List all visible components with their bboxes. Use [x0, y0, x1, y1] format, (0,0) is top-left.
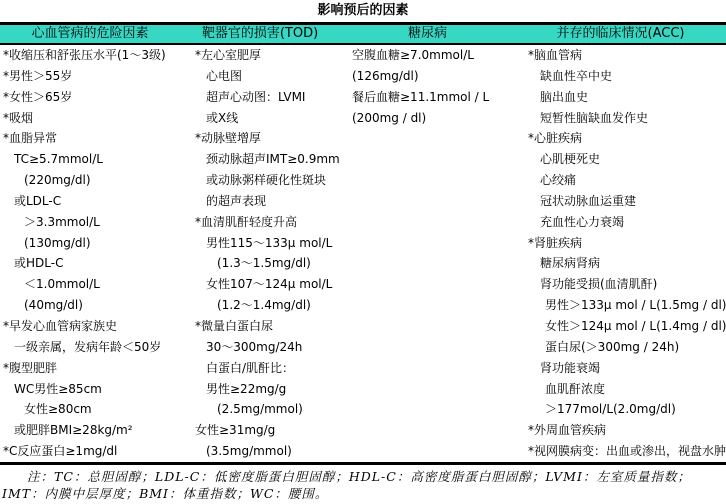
column-target-organ-damage: *左心室肥厚心电图超声心动图：LVMI或X线*动脉壁增厚颈动脉超声IMT≥0.9… — [180, 45, 340, 462]
table-cell: (1.3～1.5mg/dl) — [180, 253, 340, 274]
table-cell: 心绞痛 — [515, 170, 726, 191]
table-cell: *收缩压和舒张压水平(1～3级) — [0, 45, 180, 66]
table-cell: 肾功能衰竭 — [515, 358, 726, 379]
table-cell: *脑血管病 — [515, 45, 726, 66]
table-cell: 蛋白尿(＞300mg / 24h) — [515, 337, 726, 358]
table-cell: ＞177mol/L(2.0mg/dl) — [515, 399, 726, 420]
table-cell: 白蛋白/肌酐比： — [180, 358, 340, 379]
table-cell: ＜1.0mmol/L — [0, 274, 180, 295]
table-header-row: 心血管病的危险因素 靶器官的损害(TOD) 糖尿病 并存的临床情况(ACC) — [0, 22, 726, 45]
table-cell: 女性107～124μ mol/L — [180, 274, 340, 295]
table-cell: *视网膜病变：出血或渗出，视盘水肿 — [515, 441, 726, 462]
table-cell: *外周血管疾病 — [515, 420, 726, 441]
table-cell: 女性≥80cm — [0, 399, 180, 420]
table-cell: *C反应蛋白≥1mg/dl — [0, 441, 180, 462]
table-cell: *微量白蛋白尿 — [180, 316, 340, 337]
table-cell: 一级亲属，发病年龄＜50岁 — [0, 337, 180, 358]
table-cell: *吸烟 — [0, 108, 180, 129]
table-cell: 心电图 — [180, 66, 340, 87]
header-cardiovascular-risk-factors: 心血管病的危险因素 — [0, 25, 180, 43]
table-cell: 餐后血糖≥11.1mmol / L — [340, 87, 515, 108]
table-cell: *左心室肥厚 — [180, 45, 340, 66]
table-cell: 脑出血史 — [515, 87, 726, 108]
table-cell: *血清肌酐轻度升高 — [180, 212, 340, 233]
table-cell: *女性＞65岁 — [0, 87, 180, 108]
table-cell: *男性＞55岁 — [0, 66, 180, 87]
table-cell: 缺血性卒中史 — [515, 66, 726, 87]
table-cell: 男性＞133μ mol / L(1.5mg / dl) — [515, 295, 726, 316]
column-associated-clinical-conditions: *脑血管病缺血性卒中史脑出血史短暂性脑缺血发作史*心脏疾病心肌梗死史心绞痛冠状动… — [515, 45, 726, 462]
table-cell: *心脏疾病 — [515, 128, 726, 149]
table-cell: 糖尿病肾病 — [515, 253, 726, 274]
table-cell: (200mg / dl) — [340, 108, 515, 129]
table-cell: 短暂性脑缺血发作史 — [515, 108, 726, 129]
table-cell: *血脂异常 — [0, 128, 180, 149]
header-diabetes: 糖尿病 — [340, 25, 515, 43]
table-cell: (126mg/dl) — [340, 66, 515, 87]
table-cell: *肾脏疾病 — [515, 233, 726, 254]
table-cell: 或动脉粥样硬化性斑块 — [180, 170, 340, 191]
table-cell: (130mg/dl) — [0, 233, 180, 254]
column-diabetes: 空腹血糖≥7.0mmol/L(126mg/dl)餐后血糖≥11.1mmol / … — [340, 45, 515, 462]
column-cardiovascular-risk-factors: *收缩压和舒张压水平(1～3级)*男性＞55岁*女性＞65岁*吸烟*血脂异常TC… — [0, 45, 180, 462]
prognosis-factors-table: 心血管病的危险因素 靶器官的损害(TOD) 糖尿病 并存的临床情况(ACC) *… — [0, 22, 726, 465]
table-cell: 或X线 — [180, 108, 340, 129]
header-associated-clinical-conditions: 并存的临床情况(ACC) — [515, 25, 726, 43]
table-cell: WC男性≥85cm — [0, 379, 180, 400]
table-cell: 颈动脉超声IMT≥0.9mm — [180, 149, 340, 170]
table-cell: (40mg/dl) — [0, 295, 180, 316]
table-cell: 血肌酐浓度 — [515, 379, 726, 400]
table-cell: 超声心动图：LVMI — [180, 87, 340, 108]
table-cell: 的超声表现 — [180, 191, 340, 212]
table-cell: 心肌梗死史 — [515, 149, 726, 170]
page-title: 影响预后的因素 — [0, 0, 726, 22]
table-cell: 或肥胖BMI≥28kg/m² — [0, 420, 180, 441]
footnote: 注：TC：总胆固醇；LDL-C：低密度脂蛋白胆固醇；HDL-C：高密度脂蛋白胆固… — [0, 468, 726, 502]
table-cell: (220mg/dl) — [0, 170, 180, 191]
table-cell: 男性≥22mg/g — [180, 379, 340, 400]
table-cell: 空腹血糖≥7.0mmol/L — [340, 45, 515, 66]
table-cell: *腹型肥胖 — [0, 358, 180, 379]
document: 影响预后的因素 心血管病的危险因素 靶器官的损害(TOD) 糖尿病 并存的临床情… — [0, 0, 726, 504]
table-cell: 充血性心力衰竭 — [515, 212, 726, 233]
table-cell: 冠状动脉血运重建 — [515, 191, 726, 212]
table-cell: *早发心血管病家族史 — [0, 316, 180, 337]
header-target-organ-damage: 靶器官的损害(TOD) — [180, 25, 340, 43]
table-cell: 女性≥31mg/g — [180, 420, 340, 441]
table-body: *收缩压和舒张压水平(1～3级)*男性＞55岁*女性＞65岁*吸烟*血脂异常TC… — [0, 45, 726, 465]
table-cell: 女性＞124μ mol / L(1.4mg / dl) — [515, 316, 726, 337]
table-cell: 或HDL-C — [0, 253, 180, 274]
table-cell: (3.5mg/mmol) — [180, 441, 340, 462]
table-cell: (1.2～1.4mg/dl) — [180, 295, 340, 316]
table-cell: 男性115～133μ mol/L — [180, 233, 340, 254]
table-cell: 或LDL-C — [0, 191, 180, 212]
table-cell: 30～300mg/24h — [180, 337, 340, 358]
table-cell: ＞3.3mmol/L — [0, 212, 180, 233]
table-cell: TC≥5.7mmol/L — [0, 149, 180, 170]
table-cell: *动脉壁增厚 — [180, 128, 340, 149]
table-cell: 肾功能受损(血清肌酐) — [515, 274, 726, 295]
table-cell: (2.5mg/mmol) — [180, 399, 340, 420]
